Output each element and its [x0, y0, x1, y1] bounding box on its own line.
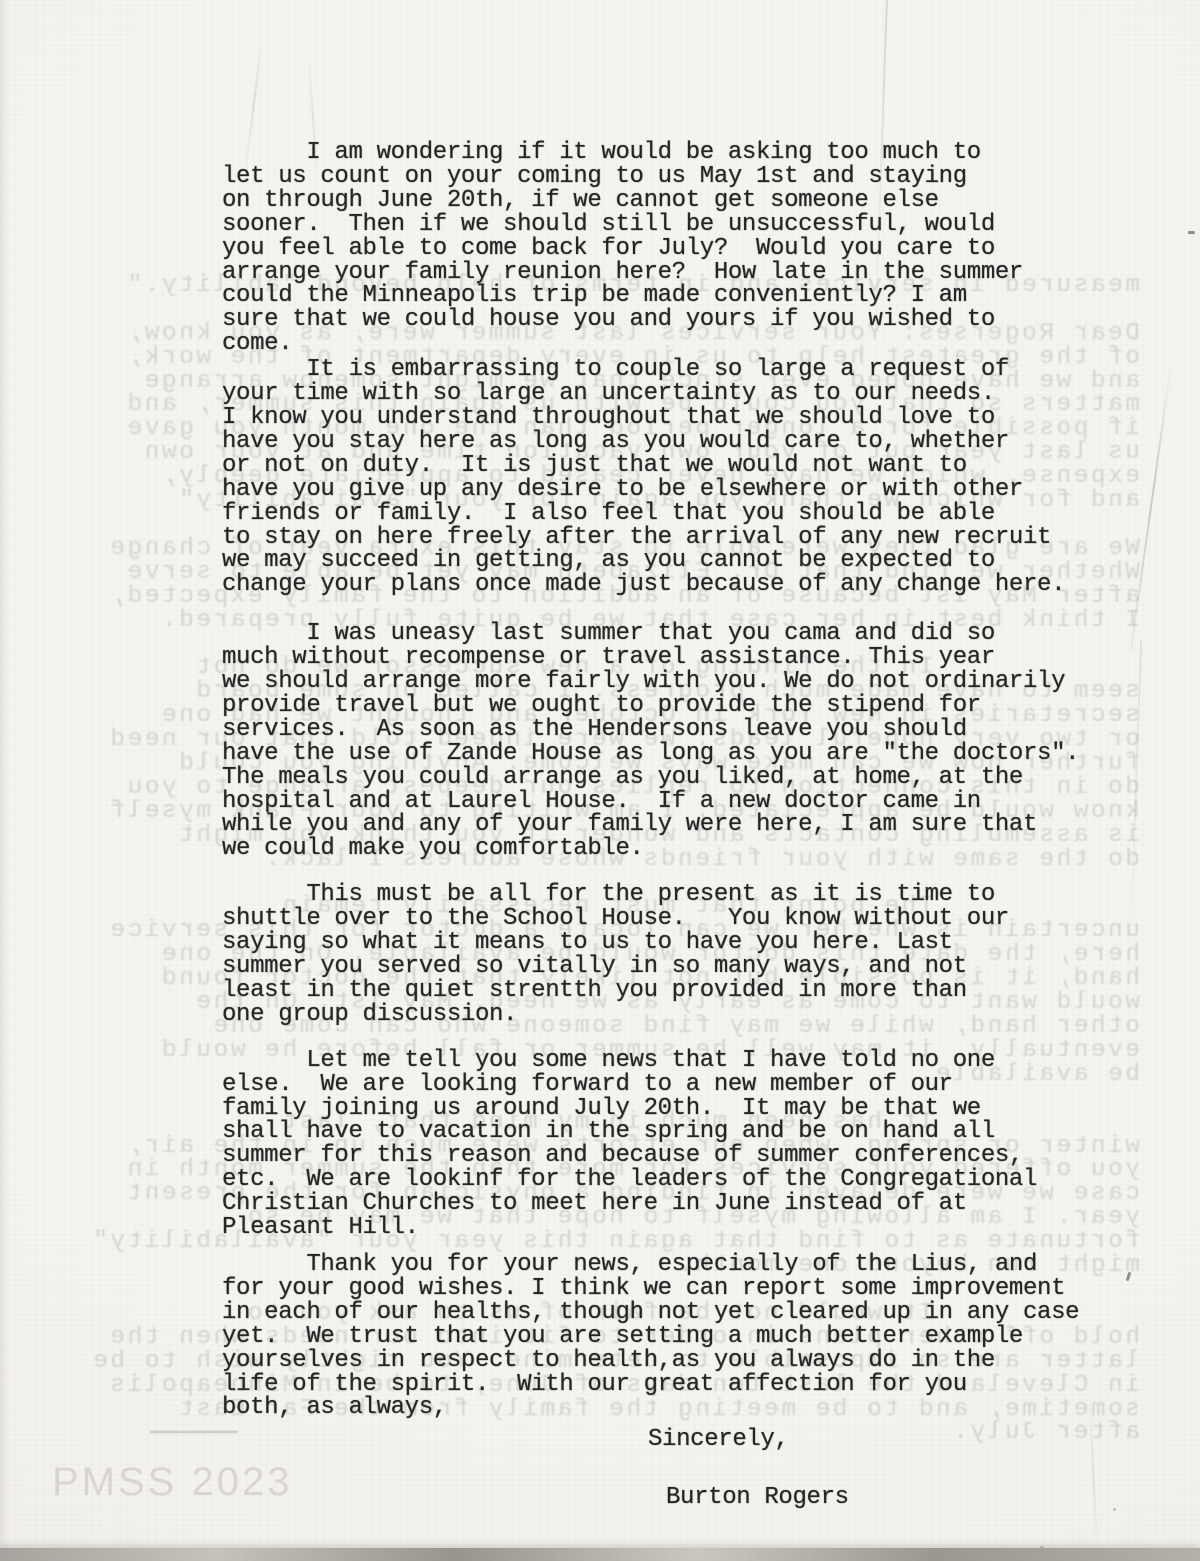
scan-speck [1188, 231, 1195, 234]
scanned-letter-page: measured in services and in terms of hel… [0, 0, 1200, 1561]
scan-bottom-edge [0, 1548, 1200, 1561]
scan-speck [1113, 1508, 1116, 1511]
paragraph-3: I was uneasy last summer that you cama a… [222, 622, 1134, 861]
letter-body: I am wondering if it would be asking too… [222, 141, 1134, 1510]
paragraph-5: Let me tell you some news that I have to… [222, 1049, 1134, 1240]
signature: Burton Rogers [666, 1486, 1134, 1510]
scan-left-edge-shadow [0, 0, 10, 1561]
paragraph-2: It is embarrassing to couple so large a … [222, 358, 1134, 597]
closing: Sincerely, [648, 1428, 1134, 1452]
paragraph-1: I am wondering if it would be asking too… [222, 141, 1134, 356]
paragraph-4: This must be all for the present as it i… [222, 883, 1134, 1026]
paragraph-6: Thank you for your news, especially of t… [222, 1253, 1134, 1420]
watermark: PMSS 2023 [52, 1462, 292, 1502]
